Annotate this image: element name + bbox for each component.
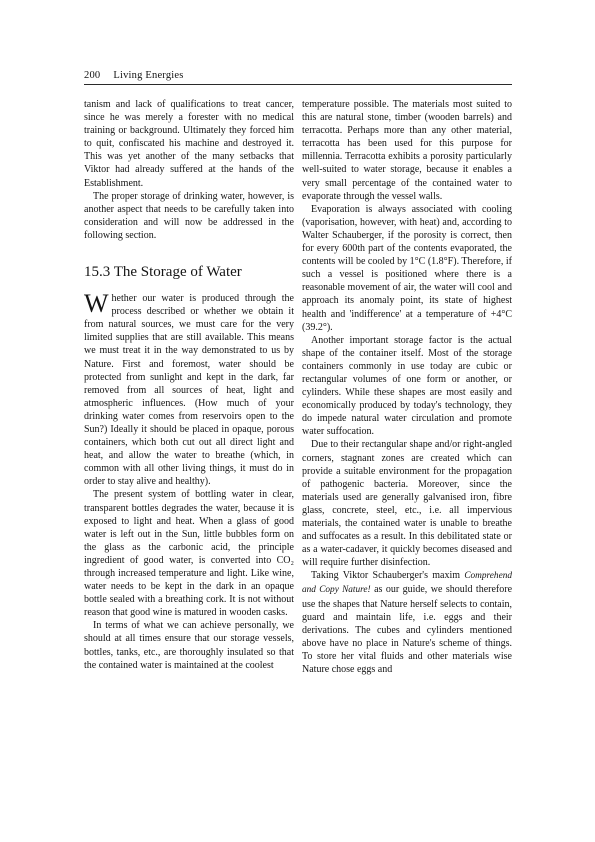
paragraph-maxim: Taking Viktor Schauberger's maxim Compre… — [302, 569, 512, 676]
paragraph-stagnant: Due to their rectangular shape and/or ri… — [302, 438, 512, 569]
running-header: 200 Living Energies — [84, 70, 512, 85]
maxim-rest: as our guide, we should therefore use th… — [302, 584, 512, 675]
book-page: 200 Living Energies tanism and lack of q… — [84, 70, 512, 676]
left-column: tanism and lack of qualifications to tre… — [84, 98, 294, 676]
section-heading: 15.3 The Storage of Water — [84, 263, 294, 281]
paragraph-whether: Whether our water is produced through th… — [84, 292, 294, 488]
paragraph-in-terms: In terms of what we can achieve personal… — [84, 619, 294, 671]
paragraph-temperature: temperature possible. The materials most… — [302, 98, 512, 203]
book-title: Living Energies — [113, 70, 183, 81]
paragraph-continuation: tanism and lack of qualifications to tre… — [84, 98, 294, 190]
paragraph-bottling: The present system of bottling water in … — [84, 488, 294, 619]
paragraph-shape: Another important storage factor is the … — [302, 334, 512, 439]
paragraph-whether-text: hether our water is produced through the… — [84, 293, 294, 487]
paragraph-storage-intro: The proper storage of drinking water, ho… — [84, 190, 294, 242]
page-number: 200 — [84, 70, 100, 81]
paragraph-evaporation: Evaporation is always associated with co… — [302, 203, 512, 334]
right-column: temperature possible. The materials most… — [302, 98, 512, 676]
drop-cap: W — [84, 292, 112, 315]
maxim-lead: Taking Viktor Schauberger's maxim — [311, 570, 464, 581]
two-column-text: tanism and lack of qualifications to tre… — [84, 98, 512, 676]
